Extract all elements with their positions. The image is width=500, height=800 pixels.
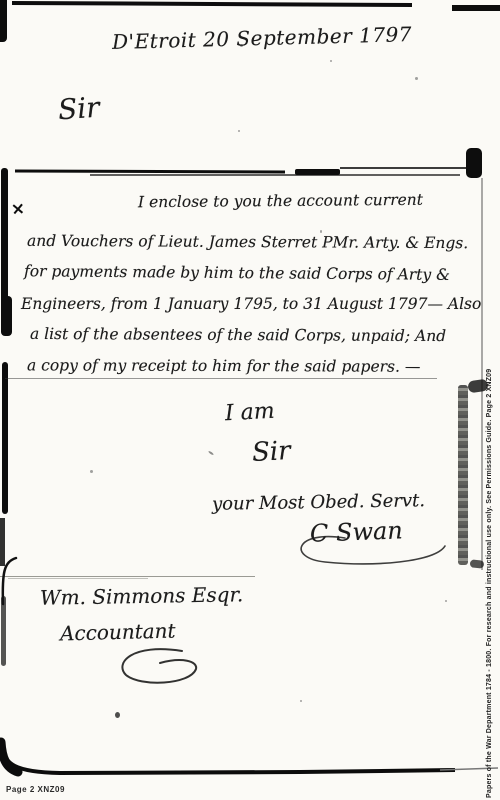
scan-artifact-left-edge	[1, 596, 6, 666]
letter-body-line: Engineers, from 1 January 1795, to 31 Au…	[21, 295, 481, 313]
letter-closing-i-am: I am	[224, 399, 275, 427]
letter-body-line: a list of the absentees of the said Corp…	[30, 325, 446, 345]
letter-body-line: a copy of my receipt to him for the said…	[27, 356, 420, 375]
margin-archive-caption: Papers of the War Department 1784 - 1800…	[486, 390, 499, 798]
letter-body-line: I enclose to you the account current	[138, 191, 423, 211]
recipient-name: Wm. Simmons Esqr.	[40, 582, 244, 610]
scanned-letter-page: D'Etroit 20 September 1797 Sir I enclose…	[0, 0, 500, 800]
scan-artifact-top-border-right	[452, 5, 500, 11]
scan-artifact-left-bracket	[0, 556, 20, 606]
scan-artifact-right-texture	[458, 385, 468, 565]
paper-speck	[300, 700, 302, 702]
scan-artifact-left-blob	[1, 296, 12, 336]
letter-closing-sir: Sir	[251, 436, 291, 468]
paper-speck	[115, 712, 120, 718]
scan-artifact-topleft-corner	[0, 0, 7, 42]
recipient-flourish	[112, 645, 202, 690]
paper-speck	[238, 130, 240, 132]
scan-artifact-fold-line	[340, 167, 480, 169]
paper-speck	[208, 450, 214, 455]
scan-artifact-fold-dash	[295, 169, 340, 175]
letter-dateline: D'Etroit 20 September 1797	[112, 22, 413, 54]
scan-artifact-fold-line	[90, 174, 460, 176]
letter-body-line: and Vouchers of Lieut. James Sterret PMr…	[27, 232, 468, 252]
scan-artifact-crease	[0, 576, 255, 577]
page-footer-label: Page 2 XNZ09	[6, 785, 65, 794]
recipient-title: Accountant	[60, 618, 176, 645]
signature-flourish	[285, 528, 450, 570]
letter-closing-obedient: your Most Obed. Servt.	[212, 490, 425, 515]
scan-artifact-right-smudge	[470, 559, 485, 568]
scan-artifact-rule-stroke	[5, 378, 437, 379]
scan-artifact-fold-line	[15, 170, 285, 174]
letter-body-line: for payments made by him to the said Cor…	[24, 262, 450, 284]
scan-artifact-right-edge-line	[481, 178, 483, 570]
paper-speck	[415, 77, 418, 80]
paper-speck	[445, 600, 447, 602]
scan-artifact-crease	[8, 578, 148, 579]
scan-artifact-bottom-curve	[0, 740, 500, 785]
scan-artifact-fold-right-blob	[466, 148, 482, 178]
paper-speck	[330, 60, 332, 62]
paper-speck	[90, 470, 93, 473]
scan-artifact-left-edge	[2, 362, 8, 514]
scan-artifact-top-border-left	[12, 1, 412, 7]
letter-salutation: Sir	[57, 91, 101, 127]
